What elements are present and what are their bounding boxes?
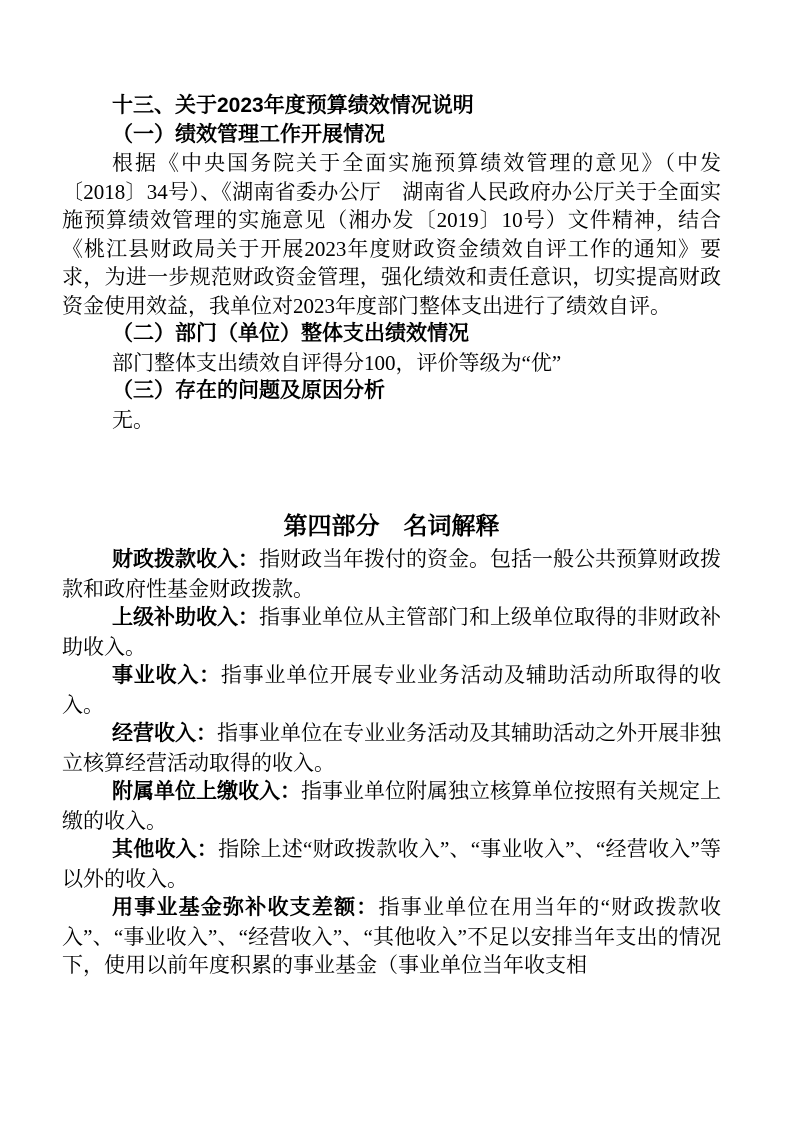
term-definition-superior-subsidy: 上级补助收入：指事业单位从主管部门和上级单位取得的非财政补助收入。 xyxy=(62,603,721,661)
term-definition-institutional-income: 事业收入：指事业单位开展专业业务活动及辅助活动所取得的收入。 xyxy=(62,661,721,719)
term-name: 经营收入： xyxy=(112,722,217,745)
subsection-2-heading: （二）部门（单位）整体支出绩效情况 xyxy=(62,320,721,349)
term-definition-operating-income: 经营收入：指事业单位在专业业务活动及其辅助活动之外开展非独立核算经营活动取得的收… xyxy=(62,719,721,777)
term-name: 用事业基金弥补收支差额： xyxy=(112,896,379,919)
term-name: 其他收入： xyxy=(112,838,218,861)
subsection-3-heading: （三）存在的问题及原因分析 xyxy=(62,377,721,406)
document-page: 十三、关于2023年度预算绩效情况说明 （一）绩效管理工作开展情况 根据《中央国… xyxy=(0,0,793,1122)
part-4-heading: 第四部分 名词解释 xyxy=(62,510,721,543)
term-name: 上级补助收入： xyxy=(112,606,259,629)
subsection-1-heading: （一）绩效管理工作开展情况 xyxy=(62,121,721,150)
term-definition-fiscal-appropriation: 财政拨款收入：指财政当年拨付的资金。包括一般公共预算财政拨款和政府性基金财政拨款… xyxy=(62,545,721,603)
term-definition-other-income: 其他收入：指除上述“财政拨款收入”、“事业收入”、“经营收入”等以外的收入。 xyxy=(62,835,721,893)
term-definition-use-of-institutional-fund: 用事业基金弥补收支差额：指事业单位在用当年的“财政拨款收入”、“事业收入”、“经… xyxy=(62,893,721,980)
term-definition-affiliated-unit-income: 附属单位上缴收入：指事业单位附属独立核算单位按照有关规定上缴的收入。 xyxy=(62,777,721,835)
performance-management-paragraph: 根据《中央国务院关于全面实施预算绩效管理的意见》（中发〔2018〕34号）、《湖… xyxy=(62,149,721,320)
term-name: 事业收入： xyxy=(112,664,221,687)
overall-expenditure-result-paragraph: 部门整体支出绩效自评得分100，评价等级为“优” xyxy=(62,349,721,378)
term-name: 附属单位上缴收入： xyxy=(112,780,301,803)
problems-analysis-paragraph: 无。 xyxy=(62,406,721,435)
section-13-heading: 十三、关于2023年度预算绩效情况说明 xyxy=(62,92,721,121)
term-name: 财政拨款收入： xyxy=(112,548,259,571)
